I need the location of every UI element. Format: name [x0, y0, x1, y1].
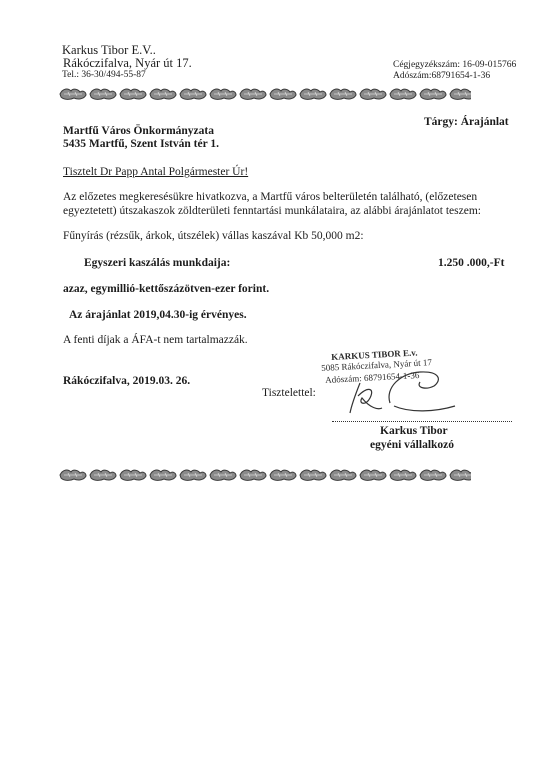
tax-id: Adószám:68791654-1-36	[393, 71, 490, 82]
oak-leaf-border-top-icon	[58, 86, 471, 102]
fee-label: Egyszeri kaszálás munkdaija:	[84, 256, 230, 270]
regards: Tisztelettel:	[262, 386, 316, 400]
recipient-name: Martfű Város Önkormányzata	[63, 124, 214, 138]
place-and-date: Rákóczifalva, 2019.03. 26.	[63, 374, 190, 388]
company-address: Rákóczifalva, Nyár út 17.	[63, 57, 192, 70]
salutation: Tisztelt Dr Papp Antal Polgármester Úr!	[63, 165, 248, 179]
validity-note: Az árajánlat 2019,04.30-ig érvényes.	[69, 308, 247, 322]
service-description: Fűnyírás (rézsűk, árkok, útszélek) válla…	[63, 229, 364, 243]
intro-line-2: egyeztetett) útszakaszok zöldterületi fe…	[63, 204, 481, 218]
handwritten-signature-icon	[330, 368, 480, 418]
intro-line-1: Az előzetes megkeresésükre hivatkozva, a…	[63, 190, 477, 204]
fee-amount: 1.250 .000,-Ft	[438, 256, 504, 270]
fee-in-words: azaz, egymillió-kettőszázötven-ezer fori…	[63, 282, 269, 296]
company-phone: Tel.: 36-30/494-55-87	[62, 70, 146, 81]
registry-number: Cégjegyzékszám: 16-09-015766	[393, 60, 516, 71]
signer-title: egyéni vállalkozó	[370, 438, 454, 452]
recipient-address: 5435 Martfű, Szent István tér 1.	[63, 137, 219, 151]
subject-line: Tárgy: Árajánlat	[424, 115, 509, 129]
signer-name: Karkus Tibor	[380, 424, 448, 438]
vat-note: A fenti díjak a ÁFA-t nem tartalmazzák.	[63, 333, 248, 347]
signature-line	[332, 421, 512, 422]
oak-leaf-border-bottom-icon	[58, 467, 471, 483]
